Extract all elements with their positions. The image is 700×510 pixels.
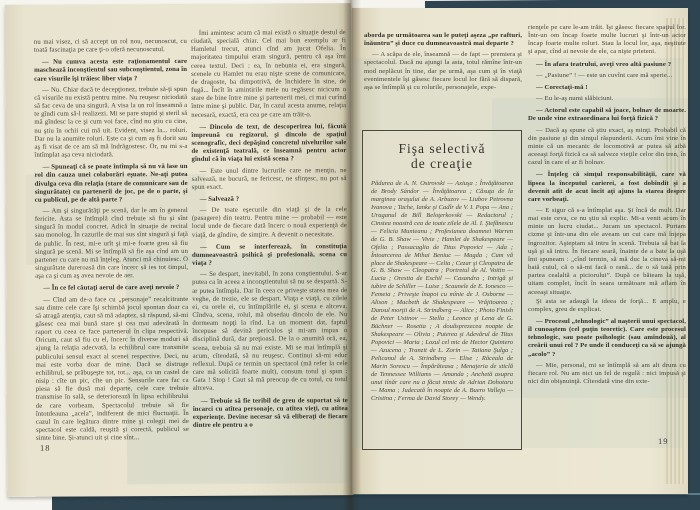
interview-answer: — De toate eşecurile din viaţă şi de la … (192, 206, 347, 239)
interview-answer: Îmi amintesc acum că mai există o situaţ… (191, 29, 346, 120)
interview-answer: — A scăpa de ele, înseamnă — de fapt — p… (364, 51, 522, 92)
interview-answer: — Eu le-aş numi slăbiciuni. (528, 95, 686, 103)
interview-answer: — Dacă aş spune că ştiu exact, aş minţi.… (528, 127, 686, 168)
interview-question: aborda pe următoarea sau le puteţi aşeza… (364, 32, 522, 48)
interview-question: — În ce fel căutaţi aerul de care aveţi … (35, 284, 188, 293)
creation-sheet-title: Fişa selectivă de creaţie (371, 141, 513, 171)
interview-answer: — Am şi singurătăţi pe scenă, dar le am … (35, 207, 188, 281)
left-page-column-2: Îmi amintesc acum că mai există o situaţ… (191, 29, 348, 464)
interview-question: — Dincolo de text, de descoperirea lui, … (191, 123, 346, 165)
right-page: aborda pe următoarea sau le puteţi aşeza… (352, 8, 688, 494)
interview-answer: rienţele pe care le-am trăit. Îşi găsesc… (528, 24, 686, 57)
book-cover-edge-right (687, 0, 700, 510)
creation-sheet-box: Fişa selectivă de creaţie Pădurea de A. … (362, 130, 522, 450)
interview-question: — Procesul „tehnologic” al naşterii unui… (528, 318, 686, 359)
right-page-column-1: aborda pe următoarea sau le puteţi aşeza… (364, 28, 522, 126)
creation-sheet-title-line1: Fişa selectivă (398, 141, 485, 156)
creation-sheet-body: Pădurea de A. N. Ostrovski — Axiuşa ; În… (371, 180, 513, 403)
interview-question: — Corectaţi-mă ! (528, 84, 686, 92)
creation-sheet-title-line2: de creaţie (411, 156, 473, 171)
interview-question: — Spuneaţi că se poate întîmpla să nu vă… (35, 163, 188, 205)
interview-answer: — Cînd am de-a face cu „personaje” recal… (35, 295, 189, 440)
interview-answer: — Mie, personal, mi se întîmplă să am al… (528, 362, 686, 386)
interview-answer: — Se despart, inevitabil, în zona conşti… (192, 270, 348, 393)
left-page: nu mai visez, ci să accept un rol nou, n… (5, 3, 354, 497)
interview-question: — Salvează ? (192, 195, 347, 204)
page-number-right: 19 (658, 436, 669, 446)
interview-question: — În afara teatrului, aveţi vreo altă pa… (528, 61, 686, 69)
interview-answer: — Nu. Chiar dacă te decepţionez, trebuie… (34, 86, 187, 160)
gutter-shadow (343, 0, 361, 510)
interview-question: — Nu cumva acesta este raţionamentul car… (34, 58, 187, 83)
interview-question: — Cum se interferează, în constituţia du… (192, 243, 347, 268)
interview-answer: Şi asta se adaugă la ideea de forţă... E… (528, 298, 686, 314)
interview-answer: — „Pasiune” ! — este un cuvînt care mă s… (528, 72, 686, 80)
interview-answer: nu mai visez, ci să accept un rol nou, n… (34, 38, 187, 55)
interview-answer: — E sigur că s-a întîmplat aşa. Şi încă … (528, 207, 686, 297)
page-number-left: 18 (40, 443, 51, 453)
interview-answer: — Este unul dintre lucrurile care ne men… (192, 167, 347, 192)
right-page-column-2: rienţele pe care le-am trăit. Îşi găsesc… (528, 24, 686, 472)
book-spread-photo: nu mai visez, ci să accept un rol nou, n… (0, 0, 700, 510)
left-page-column-1: nu mai visez, ci să accept un rol nou, n… (34, 38, 189, 441)
interview-question: — Înţeleg că simţul responsabilităţii, c… (528, 171, 686, 204)
interview-question: — Actorul este capabil să joace, bolnav … (528, 107, 686, 123)
interview-question: — Trebuie să fie teribil de greu de supo… (193, 397, 348, 430)
